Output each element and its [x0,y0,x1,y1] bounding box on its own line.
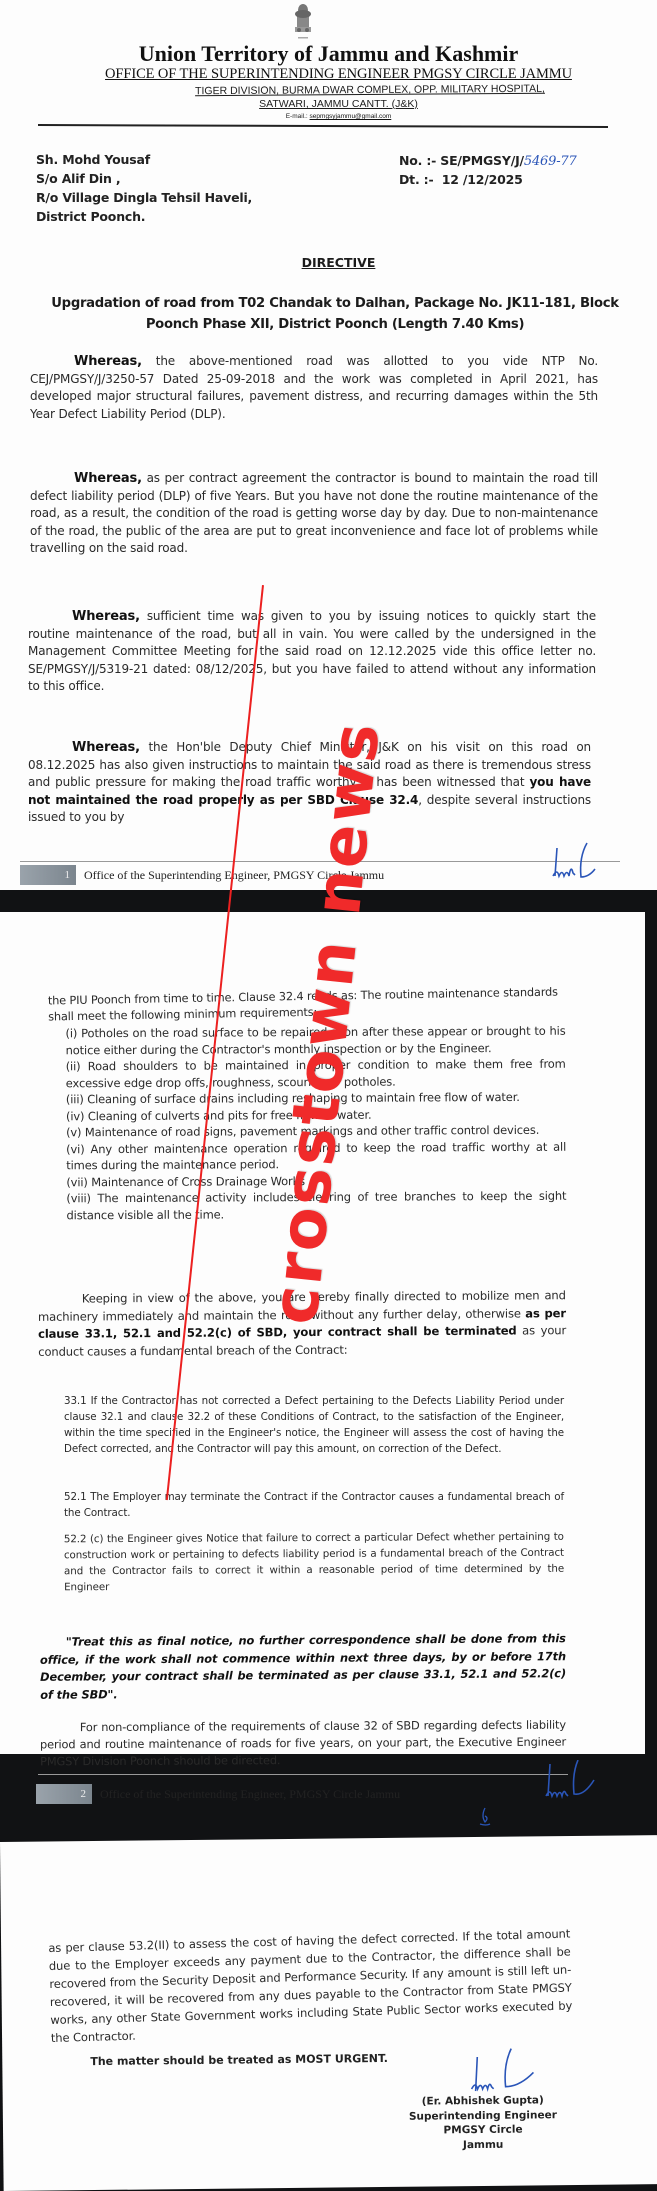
page-number: 2 [36,1784,92,1804]
final-direction-paragraph: Keeping in view of the above, you are he… [38,1287,566,1361]
date-label: Dt. :- [399,172,433,187]
document-page-1: Union Territory of Jammu and Kashmir OFF… [0,0,657,890]
footer-office-text: Office of the Superintending Engineer, P… [76,868,384,883]
letterhead-office: OFFICE OF THE SUPERINTENDING ENGINEER PM… [0,66,657,83]
recovery-paragraph: as per clause 53.2(II) to assess the cos… [48,1924,573,2047]
reference-block: No. :- SE/PMGSY/J/5469-77 Dt. :- 12 /12/… [399,152,577,189]
signatory-title: Superintending Engineer [393,2108,573,2124]
list-item: (ii) Road shoulders to be maintained in … [66,1056,566,1092]
signature-icon [545,840,625,890]
list-item: (viii) The maintenance activity includes… [66,1188,566,1224]
signatory-city: Jammu [393,2137,573,2153]
date-value: 12 /12/2025 [442,172,523,187]
final-notice-quote: "Treat this as final notice, no further … [40,1630,566,1704]
letterhead-address-line2: SATWARI, JAMMU CANTT. (J&K) [0,98,657,110]
list-item: (vi) Any other maintenance operation req… [66,1138,566,1174]
addressee-block: Sh. Mohd Yousaf S/o Alif Din , R/o Villa… [36,150,252,226]
letterhead-title: Union Territory of Jammu and Kashmir [0,41,657,67]
letterhead-divider [38,124,608,127]
whereas-paragraph-1: Whereas, the above-mentioned road was al… [30,353,598,423]
page-number: 1 [20,865,76,885]
directive-heading: DIRECTIVE [0,255,657,270]
addressee-name: Sh. Mohd Yousaf [36,150,252,169]
footer-office-text: Office of the Superintending Engineer, P… [92,1787,400,1802]
addressee-district: District Poonch. [36,207,252,226]
email-link[interactable]: sepmgsyjammu@gmail.com [310,113,392,120]
email-label: E-mail.: [286,113,308,120]
whereas-paragraph-2: Whereas, as per contract agreement the c… [30,470,598,558]
list-item: (i) Potholes on the road surface to be r… [65,1023,565,1059]
footer-divider [38,1774,568,1775]
signatory-block: (Er. Abhishek Gupta) Superintending Engi… [393,2093,574,2153]
letterhead-email: E-mail.: sepmgsyjammu@gmail.com [0,113,657,120]
urgent-note: The matter should be treated as MOST URG… [90,2052,388,2068]
national-emblem-icon [290,2,316,42]
document-page-3: as per clause 53.2(II) to assess the cos… [0,1835,657,2191]
whereas-paragraph-4: Whereas, the Hon'ble Deputy Chief Minist… [28,739,591,827]
signature-icon [540,1760,620,1806]
initial-mark-icon [478,1806,492,1828]
list-item: (v) Maintenance of road signs, pavement … [66,1122,566,1141]
whereas-paragraph-3: Whereas, sufficient time was given to yo… [28,608,596,696]
clause-33-1: 33.1 If the Contractor has not corrected… [64,1393,564,1457]
reference-number-label: No. :- SE/PMGSY/J/ [399,153,524,168]
reference-number-handwritten: 5469-77 [524,154,577,169]
letterhead-address-line1: TIGER DIVISION, BURMA DWAR COMPLEX, OPP.… [110,82,630,98]
page-footer-2: 2 Office of the Superintending Engineer,… [36,1784,400,1804]
maintenance-requirements-list: (i) Potholes on the road surface to be r… [65,1023,566,1224]
footer-divider [20,861,620,862]
clause-52-2c: 52.2 (c) the Engineer gives Notice that … [64,1529,564,1596]
subject-line: Upgradation of road from T02 Chandak to … [40,293,630,335]
addressee-village: R/o Village Dingla Tehsil Haveli, [36,188,252,207]
list-item: (iii) Cleaning of surface drains includi… [66,1089,566,1108]
noncompliance-paragraph: For non-compliance of the requirements o… [40,1717,566,1771]
addressee-parent: S/o Alif Din , [36,169,252,188]
page-footer-1: 1 Office of the Superintending Engineer,… [20,865,384,885]
clause-52-1: 52.1 The Employer may terminate the Cont… [64,1489,564,1521]
